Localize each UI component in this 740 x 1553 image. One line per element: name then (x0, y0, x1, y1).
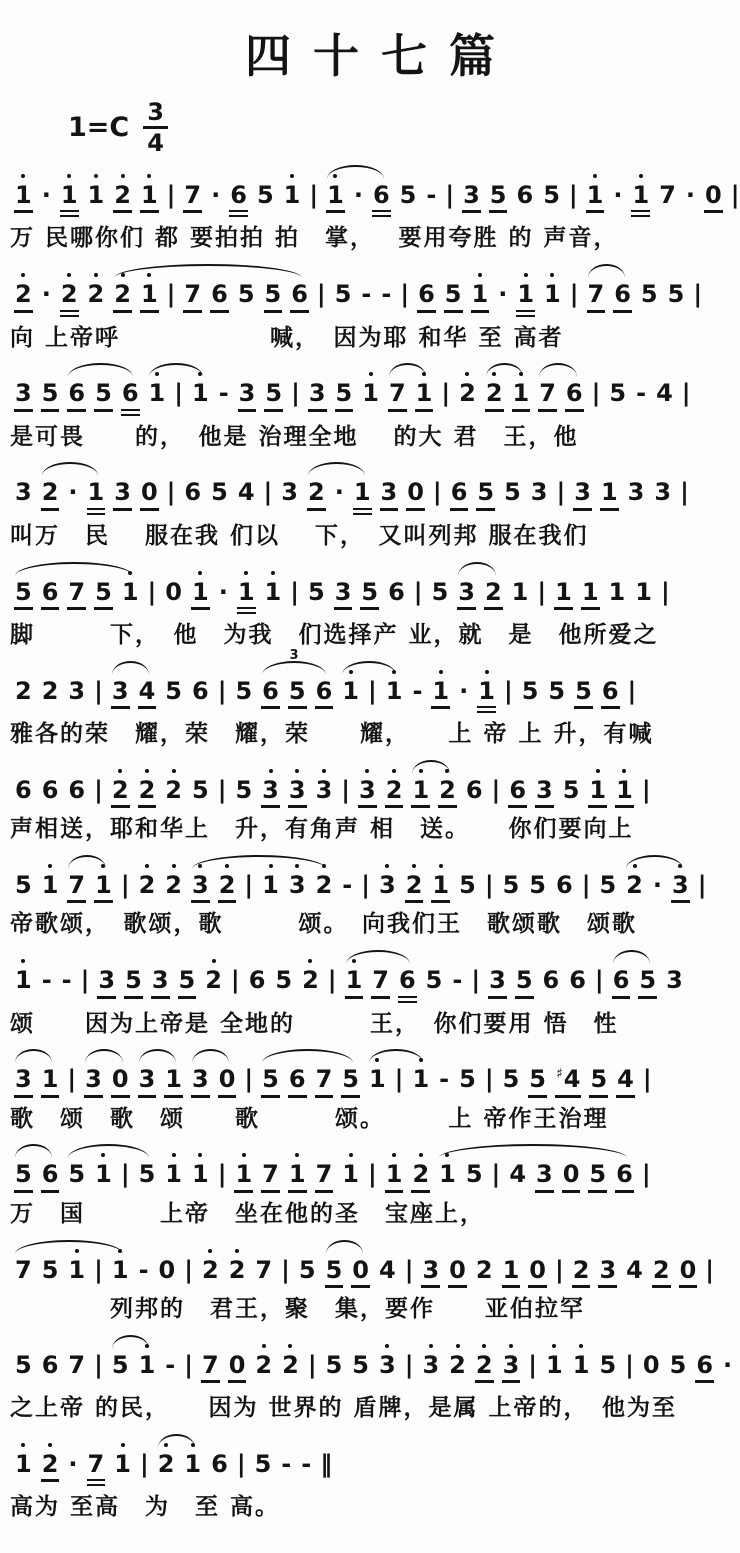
lyrics-line: 雅各的荣 耀，荣 耀，荣 耀， 上 帝 上 升，有喊 (10, 720, 730, 749)
note: 3 (671, 872, 690, 903)
barline: | (642, 1066, 653, 1094)
barline: | (307, 1352, 318, 1380)
note: 5 (288, 678, 307, 709)
note: 5 (489, 182, 508, 213)
note: 5 (325, 1352, 344, 1380)
barline: | (217, 1161, 228, 1189)
augmentation-dot: · (458, 678, 469, 706)
note: 6 (612, 967, 631, 998)
note: 6 (315, 678, 334, 709)
note: 1 (261, 872, 280, 900)
note: 7 (315, 1161, 334, 1192)
note: 4 (237, 479, 256, 507)
note: 5 (667, 281, 686, 309)
note: 5 (210, 479, 229, 507)
note: 6 (41, 777, 60, 805)
music-system: 31|303130|56751|1-5|55♯454|歌 颂 歌 颂 歌 颂。 … (10, 1045, 730, 1133)
rest-note: 0 (528, 1257, 547, 1288)
notation-line: 356561|1-35|35171|22176|5-4| (10, 359, 730, 422)
slur-arc: 76 (583, 281, 636, 312)
barline: | (327, 967, 338, 995)
note: 5 (638, 967, 657, 998)
note: 2 (164, 777, 183, 805)
note: 5 (274, 967, 293, 995)
note: 1 (140, 281, 159, 312)
note: 1 (138, 1352, 157, 1380)
barline: | (491, 777, 502, 805)
rest-note: 0 (111, 1066, 130, 1097)
barline: | (660, 579, 671, 607)
note: 6 (387, 579, 406, 607)
note: 3 (191, 872, 210, 903)
note: 5 (264, 281, 283, 312)
rest-note: 0 (158, 1257, 177, 1285)
barline: | (173, 380, 184, 408)
barline: | (627, 678, 638, 706)
lyrics-line: 歌 颂 歌 颂 歌 颂。 上 帝作王治理 (10, 1105, 730, 1134)
barline: | (641, 1161, 652, 1189)
note: 5 (360, 579, 379, 610)
barline: | (147, 579, 158, 607)
note: 5 (458, 1066, 477, 1094)
music-system: 2·2221|76556|5--|651·11|7655|向 上帝呼 喊， 因为… (10, 260, 730, 352)
note: 1 (237, 579, 256, 614)
lyrics-line: 叫万 民 服在我 们以 下， 又叫列邦 服在我们 (10, 522, 730, 551)
note: 6 (261, 678, 280, 709)
note: 5 (476, 479, 495, 510)
barline: | (484, 1066, 495, 1094)
augmentation-dot: · (497, 281, 508, 309)
note: 2 (411, 1161, 430, 1192)
note: 2 (315, 872, 334, 900)
note: 5 (307, 579, 326, 607)
sheet-music-page: 四十七篇 1=C 3 4 1·1121|7·651|1·65-|3565|1·1… (0, 0, 740, 1553)
note: 2 (111, 777, 130, 808)
note: 1 (545, 1352, 564, 1380)
note: 5 (14, 1161, 33, 1192)
dash: - (280, 1451, 292, 1479)
note: 5 (608, 380, 627, 408)
notation-line: 1--|35352|652|1765-|3566|653 (10, 946, 730, 1009)
note: 1 (87, 479, 106, 514)
note: 5 (669, 1352, 688, 1380)
barline: | (93, 777, 104, 805)
note: 2 (484, 579, 503, 610)
key-signature: 1=C 3 4 (68, 100, 730, 155)
augmentation-dot: · (652, 872, 663, 900)
slur-arc: 34 (107, 678, 160, 709)
note: 1 (164, 1161, 183, 1189)
barline: | (243, 1066, 254, 1094)
note: 5 (298, 1257, 317, 1285)
note: 7 (183, 182, 202, 213)
rest-note: 0 (351, 1257, 370, 1288)
note: 5 (191, 777, 210, 805)
lyrics-line: 是可畏 的， 他是 治理全地 的大 君 王，他 (10, 423, 730, 452)
barline: | (66, 1066, 77, 1094)
rest-note: 0 (140, 479, 159, 510)
notation-line: 2·2221|76556|5--|651·11|7655| (10, 260, 730, 323)
note: 7 (254, 1257, 273, 1285)
note: 5 (14, 872, 33, 900)
barline: | (581, 872, 592, 900)
note: 3 (280, 479, 299, 507)
note: 1 (67, 1257, 86, 1285)
barline: | (217, 678, 228, 706)
note: 2 (138, 777, 157, 808)
note: ♯4 (555, 1066, 581, 1097)
note: 2 (204, 967, 223, 995)
note: 5 (458, 872, 477, 900)
note: 5 (111, 1352, 130, 1380)
note: 6 (229, 182, 248, 217)
lyrics-line: 声相送，耶和华上 升，有角声 相 送。 你们要向上 (10, 815, 730, 844)
augmentation-dot: · (67, 1451, 78, 1479)
dash: - (138, 1257, 150, 1285)
notation-line: 32·130|654|32·130|6553|3133| (10, 458, 730, 521)
barline: | (491, 1161, 502, 1189)
note: 6 (290, 281, 309, 312)
note: 6 (41, 1352, 60, 1380)
note: 1 (140, 182, 159, 213)
music-system: 5651|511|17171|1215|43056|万 国 上帝 坐在他的圣 宝… (10, 1140, 730, 1228)
note: 1 (543, 281, 562, 309)
notation-line: 31|303130|56751|1-5|55♯454| (10, 1045, 730, 1104)
note: 2 (113, 281, 132, 312)
note: 6 (568, 967, 587, 995)
slur-arc: 51 (107, 1352, 160, 1380)
note: 3 (14, 1066, 33, 1097)
page-title: 四十七篇 (32, 20, 730, 86)
barline: | (360, 872, 371, 900)
note: 1 (431, 872, 450, 903)
note: 7 (371, 967, 390, 998)
note: 1 (191, 380, 210, 408)
note: 3 (378, 1352, 397, 1380)
barline: | (569, 281, 580, 309)
note: 6 (450, 479, 469, 510)
barline: | (527, 1352, 538, 1380)
note: 3 (665, 967, 684, 995)
note: 3 (653, 479, 672, 507)
note: 2 (113, 182, 132, 213)
note: 5 (325, 1257, 344, 1288)
note: 5 (124, 967, 143, 998)
note: 1 (411, 1066, 430, 1094)
music-system: 1--|35352|652|1765-|3566|653颂 因为上帝是 全地的 … (10, 946, 730, 1038)
note: 5 (234, 678, 253, 706)
note: 5 (562, 777, 581, 805)
slur-arc: 32|132 (187, 872, 337, 903)
note: 5 (14, 579, 33, 610)
music-system: 1·1121|7·651|1·65-|3565|1·17·0|万 民哪你们 都 … (10, 161, 730, 253)
music-system: 356561|1-35|35171|22176|5-4|是可畏 的， 他是 治理… (10, 359, 730, 451)
note: 2 (41, 1451, 60, 1482)
note: 5 (341, 1066, 360, 1097)
note: 1 (234, 1161, 253, 1192)
note: 2 (307, 479, 326, 510)
note: 1 (14, 182, 33, 213)
note: 5 (444, 281, 463, 312)
note: 6 (41, 1161, 60, 1192)
note: 2 (652, 1257, 671, 1288)
barline: | (183, 1352, 194, 1380)
note: 5 (521, 678, 540, 706)
music-system: 567|51-|7022|553|3223|115|056·7|之上帝 的民， … (10, 1331, 730, 1423)
note: 3 (14, 380, 33, 411)
barline: | (93, 1257, 104, 1285)
slur-arc: 65 (608, 967, 661, 998)
note: 1 (94, 1161, 113, 1189)
music-system: 56751|01·11|5356|5321|1111|脚 下， 他 为我 们选择… (10, 558, 730, 650)
lyrics-line: 万 国 上帝 坐在他的圣 宝座上， (10, 1200, 730, 1229)
note: 6 (372, 182, 391, 217)
barline: | (263, 479, 274, 507)
note: 1 (411, 777, 430, 808)
note: 1 (60, 182, 79, 217)
slur-arc: 31 (10, 1066, 63, 1097)
notation-line: 1·1121|7·651|1·65-|3565|1·17·0| (10, 161, 730, 224)
augmentation-dot: · (218, 579, 229, 607)
note: 5 (588, 1161, 607, 1192)
note: 3 (530, 479, 549, 507)
slur-arc: 56 (10, 1161, 63, 1192)
note: 6 (417, 281, 436, 312)
note: 1 (600, 479, 619, 510)
barline: | (730, 182, 740, 210)
note: 1 (471, 281, 490, 312)
barline: | (394, 1066, 405, 1094)
rest-note: 0 (164, 579, 183, 607)
lyrics-line: 帝歌颂， 歌颂，歌 颂。 向我们王 歌颂歌 颂歌 (10, 910, 730, 939)
notation-line: 5651|511|17171|1215|43056| (10, 1140, 730, 1199)
note: 5 (598, 1352, 617, 1380)
barline: | (217, 777, 228, 805)
barline: | (440, 380, 451, 408)
slur-arc: 51|5 (63, 1161, 160, 1189)
barline: | (413, 579, 424, 607)
barline: | (697, 872, 708, 900)
note: 3 (535, 1161, 554, 1192)
note: 6 (601, 678, 620, 709)
note: 2 (448, 1352, 467, 1380)
barline: | (641, 777, 652, 805)
barline: | (404, 1352, 415, 1380)
barline: | (308, 182, 319, 210)
barline: | (367, 678, 378, 706)
note: 1 (14, 967, 33, 995)
rest-note: 0 (642, 1352, 661, 1380)
note: 1 (94, 872, 113, 903)
note: 2 (485, 380, 504, 411)
note: 1 (264, 579, 283, 607)
note: 1 (326, 182, 345, 213)
note: 3 (598, 1257, 617, 1288)
note: 1 (341, 678, 360, 706)
note: 2 (14, 281, 33, 312)
barline: | (280, 1257, 291, 1285)
rest-note: 0 (406, 479, 425, 510)
note: 6 (542, 967, 561, 995)
note: 5 (425, 967, 444, 995)
lyrics-line: 列邦的 君王，聚 集，要作 亚伯拉罕 (10, 1295, 730, 1324)
note: 5 (14, 1352, 33, 1380)
note: 1 (511, 579, 530, 607)
time-signature-denominator: 4 (147, 129, 164, 155)
note: 7 (201, 1352, 220, 1383)
note: 2 (475, 1257, 494, 1285)
music-system: 32·130|654|32·130|6553|3133|叫万 民 服在我 们以 … (10, 458, 730, 550)
note: 1 (41, 1066, 60, 1097)
note: 5 (351, 1352, 370, 1380)
dash: - (635, 380, 647, 408)
barline: | (444, 182, 455, 210)
dash: - (425, 182, 437, 210)
note: 4 (625, 1257, 644, 1285)
note: 6 (288, 1066, 307, 1097)
music-system: 223|3456|56561|1-1·1|5556|雅各的荣 耀，荣 耀，荣 耀… (10, 657, 730, 749)
slur-arc: 32 (453, 579, 506, 610)
note: 1 (41, 872, 60, 900)
note: 6 (191, 678, 210, 706)
augmentation-dot: · (41, 281, 52, 309)
note: 1 (368, 1066, 387, 1094)
note: 3 (113, 479, 132, 510)
lyrics-line: 向 上帝呼 喊， 因为耶 和华 至 高者 (10, 324, 730, 353)
note: 3 (138, 1066, 157, 1097)
note: 1 (361, 380, 380, 408)
note: 5 (178, 967, 197, 998)
barline: | (243, 872, 254, 900)
note: 3 (261, 777, 280, 808)
barline: | (594, 967, 605, 995)
note: 2 (301, 967, 320, 995)
music-system: 5171|2232|132-|3215|556|52·3|帝歌颂， 歌颂，歌 颂… (10, 851, 730, 939)
dash: - (380, 281, 392, 309)
note: 5 (254, 1451, 273, 1479)
note: 1 (431, 678, 450, 709)
note: 7 (14, 1257, 33, 1285)
slur-arc: 1|1 (364, 1066, 434, 1094)
barline: | (556, 479, 567, 507)
barline: | (568, 182, 579, 210)
note: 2 (625, 872, 644, 900)
note: 7 (315, 1066, 334, 1097)
note: 6 (508, 777, 527, 808)
note: 4 (138, 678, 157, 709)
barline: | (120, 1161, 131, 1189)
slur-arc: 31 (134, 1066, 187, 1097)
note: 1 (283, 182, 302, 210)
rest-note: 0 (228, 1352, 247, 1383)
note: 7 (87, 1451, 106, 1486)
rest-note: 0 (704, 182, 723, 213)
note: 4 (378, 1257, 397, 1285)
slur-arc: 1|1 (144, 380, 214, 408)
slur-arc: 2·1 (37, 479, 110, 514)
note: 2 (87, 281, 106, 309)
augmentation-dot: · (685, 182, 696, 210)
slur-arc: 71 (63, 872, 116, 903)
note: 6 (67, 380, 86, 411)
notation-line: 12·71|216|5--‖ (10, 1430, 730, 1493)
note: 1 (608, 579, 627, 607)
note: 2 (228, 1257, 247, 1285)
rest-note: 0 (562, 1161, 581, 1192)
note: 3 (358, 777, 377, 808)
note: 2 (60, 281, 79, 316)
note: 3 (111, 678, 130, 709)
slur-arc: 656 (257, 678, 337, 709)
note: 1 (345, 967, 364, 998)
notation-line: 751|1-0|227|5504|30210|23420| (10, 1236, 730, 1295)
slur-arc: 50 (321, 1257, 374, 1288)
note: 2 (164, 872, 183, 900)
note: 3 (462, 182, 481, 213)
slur-arc: 71 (384, 380, 437, 411)
note: 1 (502, 1257, 521, 1288)
note: 4 (616, 1066, 635, 1097)
barline: | (93, 678, 104, 706)
note: 5 (502, 1066, 521, 1094)
note: 1 (516, 281, 535, 316)
note: 6 (465, 777, 484, 805)
note: 1 (631, 182, 650, 217)
slur-arc: 1|1 (337, 678, 407, 706)
note: 3 (380, 479, 399, 510)
dash: - (341, 872, 353, 900)
dash: - (438, 1066, 450, 1094)
rest-note: 0 (679, 1257, 698, 1288)
note: 3 (288, 872, 307, 900)
note: 2 (281, 1352, 300, 1380)
note: 1 (477, 678, 496, 713)
note: 2 (254, 1352, 273, 1380)
note: 5 (138, 1161, 157, 1189)
note: 7 (587, 281, 606, 312)
note: 1 (87, 182, 106, 210)
augmentation-dot: · (722, 1352, 733, 1380)
note: 3 (573, 479, 592, 510)
note: 6 (695, 1352, 714, 1383)
note: 2 (41, 479, 60, 510)
note: 1 (588, 777, 607, 808)
note: 6 (14, 777, 33, 805)
lyrics-line: 之上帝 的民， 因为 世界的 盾牌，是属 上帝的， 他为至 (10, 1394, 730, 1423)
note: 3 (535, 777, 554, 808)
barline: | (340, 777, 351, 805)
key-label: 1=C (68, 112, 129, 143)
slur-arc: 21 (153, 1451, 206, 1479)
note: 3 (288, 777, 307, 808)
note: 3 (191, 1066, 210, 1097)
augmentation-dot: · (612, 182, 623, 210)
notation-systems: 1·1121|7·651|1·65-|3565|1·17·0|万 民哪你们 都 … (10, 161, 730, 1522)
dash: - (164, 1352, 176, 1380)
slur-arc: 12 (407, 777, 460, 808)
note: 5 (164, 678, 183, 706)
note: 1 (341, 1161, 360, 1189)
note: 1 (586, 182, 605, 213)
note: 5 (264, 380, 283, 411)
barline: | (404, 1257, 415, 1285)
note: 3 (151, 967, 170, 998)
note: 5 (335, 380, 354, 411)
barline: | (554, 1257, 565, 1285)
note: 5 (399, 182, 418, 210)
barline: | (679, 479, 690, 507)
slur-arc: 176 (341, 967, 421, 1002)
